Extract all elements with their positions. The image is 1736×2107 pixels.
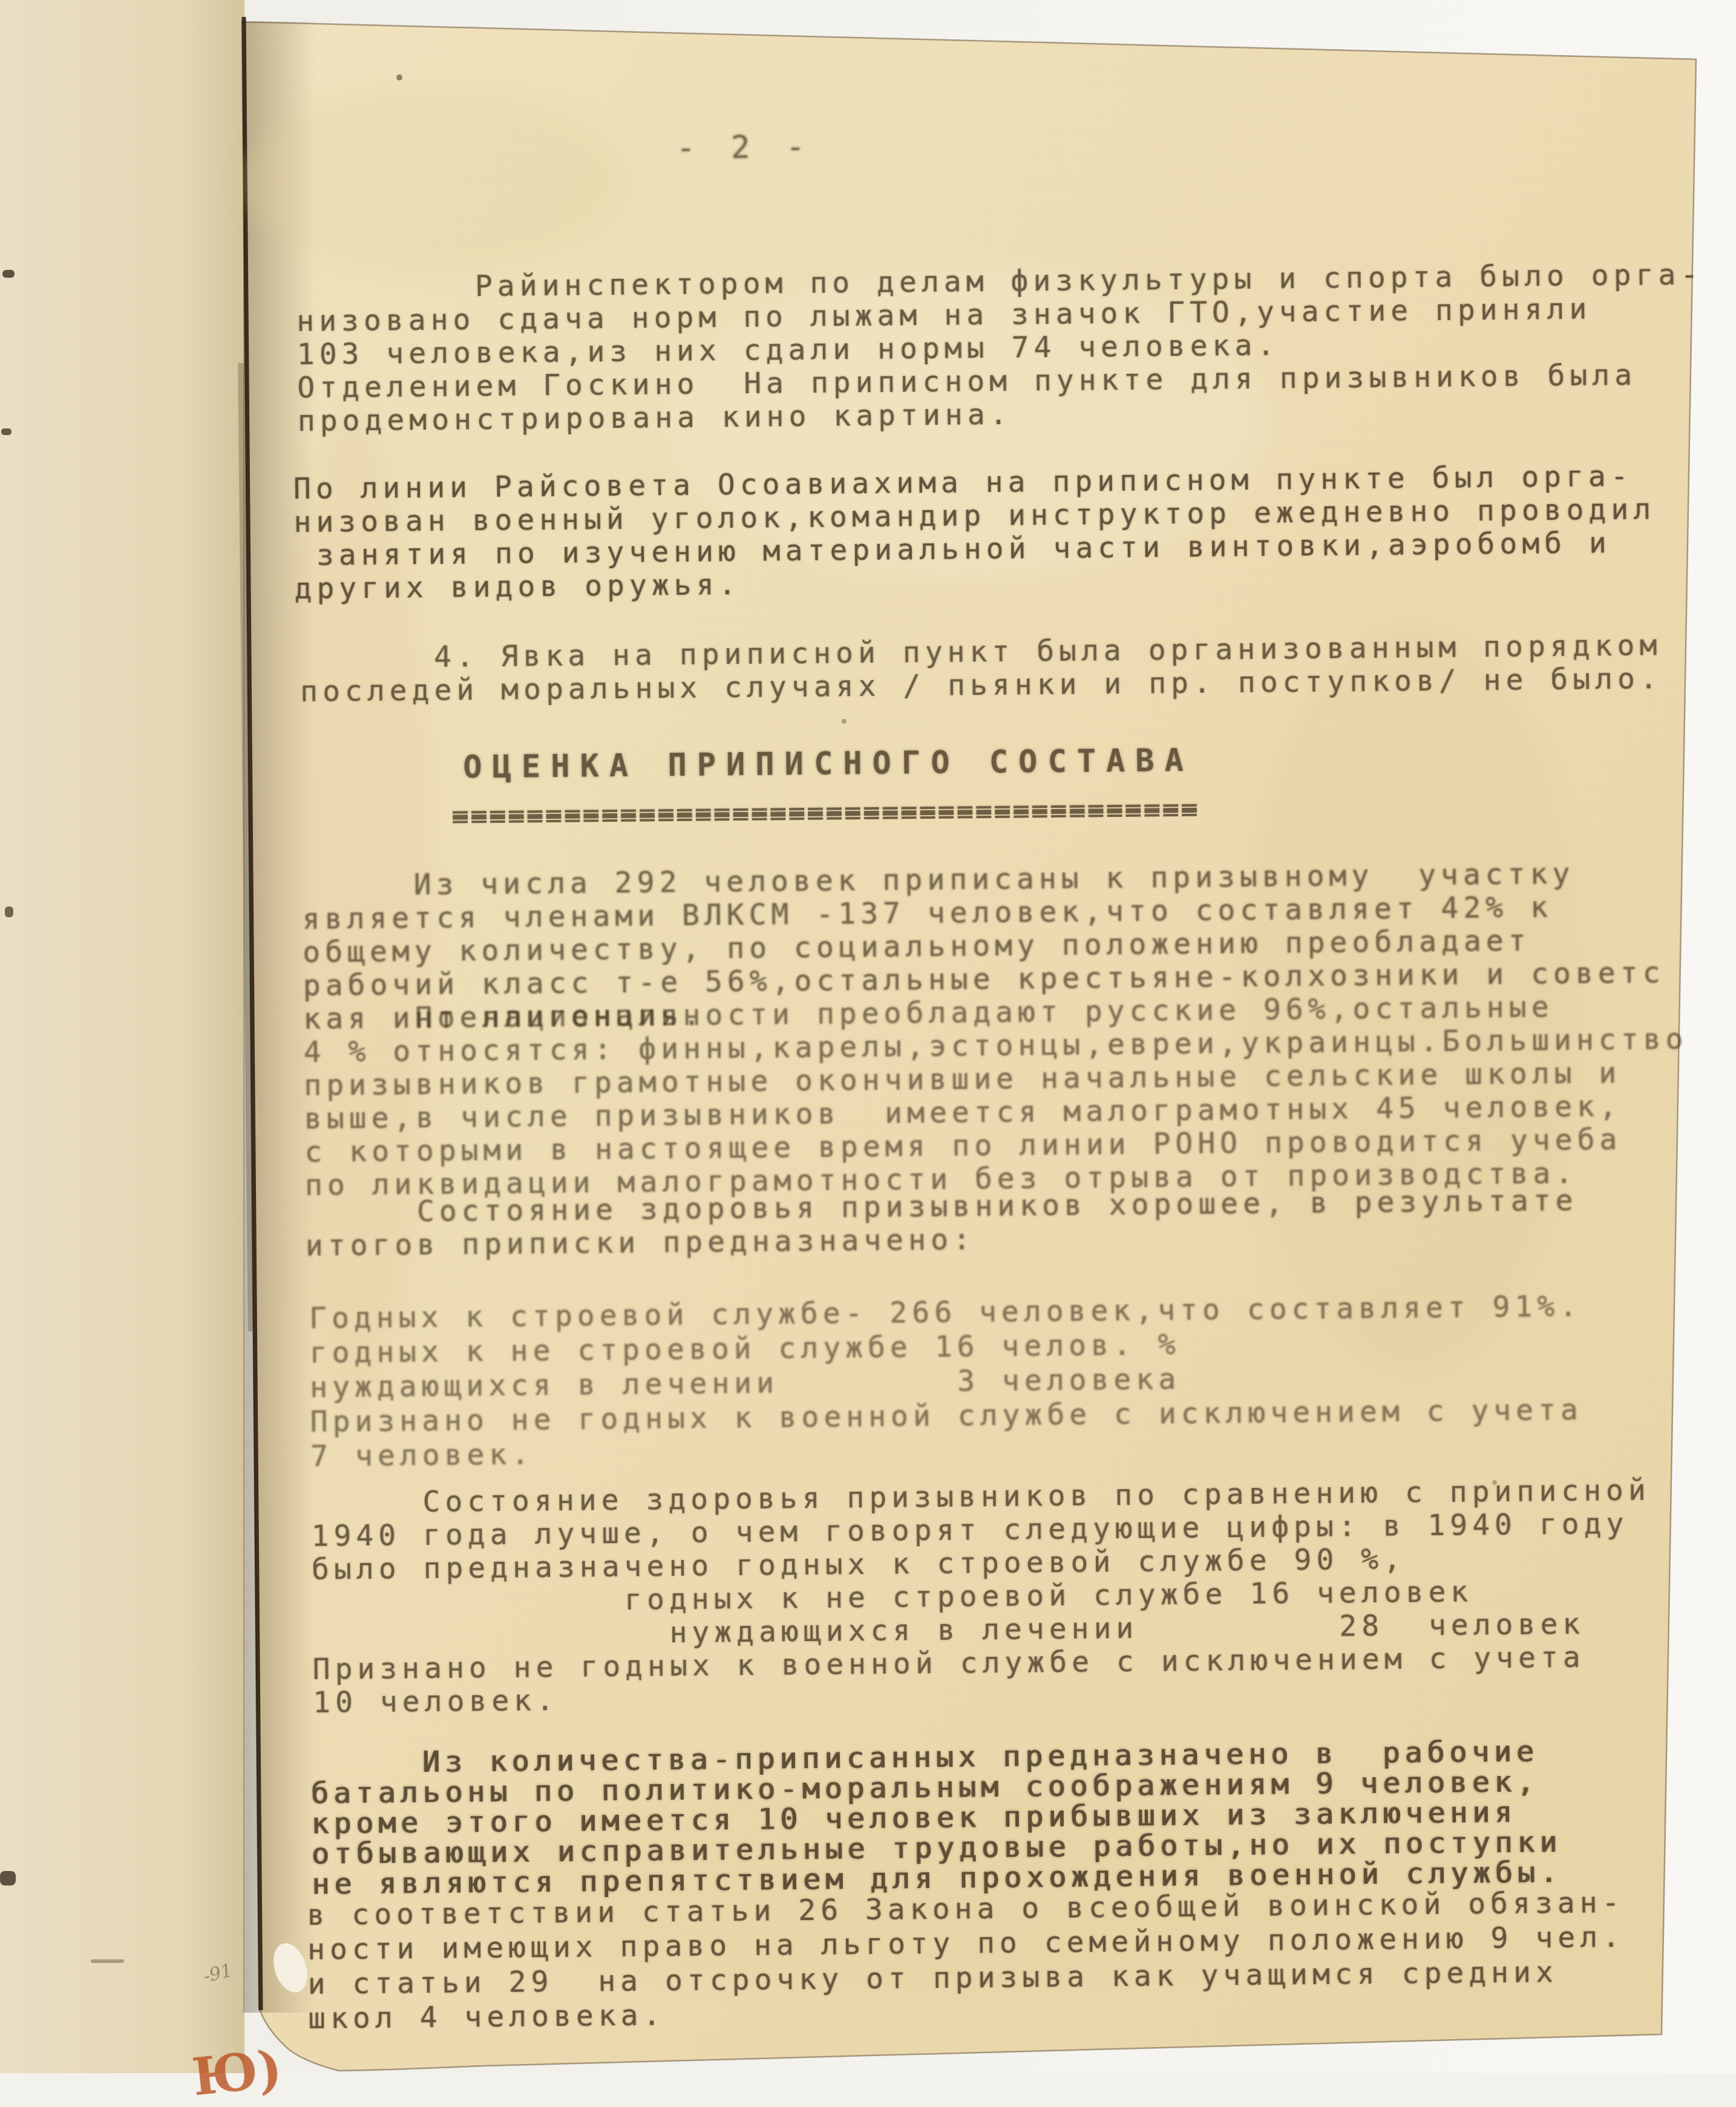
paragraph-military-corner: По линии Райсовета Осоавиахима на припис…	[293, 459, 1657, 606]
page-number: - 2 -	[676, 129, 813, 166]
document-scan: - 2 - Райинспектором по делам физкультур…	[0, 0, 1736, 2073]
typed-text-layer: - 2 - Райинспектором по делам физкультур…	[0, 0, 1736, 2073]
paragraph-health-intro: Состояние здоровья призывников хорошее, …	[305, 1184, 1578, 1263]
paragraph-labor-battalions: Из количества-приписанных предназначено …	[310, 1736, 1562, 1899]
paragraph-1940-comparison: Состояние здоровья призывников по сравне…	[311, 1474, 1653, 1720]
paragraph-law-article-26: в соответствии статьи 26 Закона о всеобщ…	[307, 1886, 1625, 2036]
section-heading: ОЦЕНКА ПРИПИСНОГО СОСТАВА	[463, 742, 1194, 786]
paragraph-sports-norms: Райинспектором по делам физкультуры и сп…	[296, 258, 1704, 438]
paragraph-nationality-literacy: По национальности преобладают русские 96…	[303, 989, 1689, 1202]
paragraph-attendance: 4. Явка на приписной пункт была организо…	[300, 629, 1662, 709]
section-heading-underline: ========================================	[451, 791, 1199, 832]
paragraph-fitness-statistics: Годных к строевой службе- 266 человек,чт…	[309, 1289, 1584, 1474]
stamp-fragment: Ю)	[190, 2043, 284, 2073]
